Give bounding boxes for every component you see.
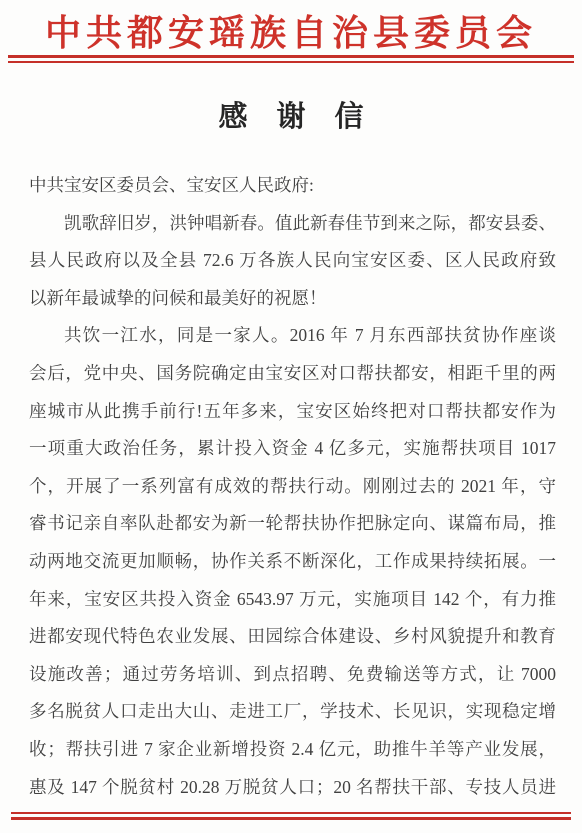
letter-line: 收；帮扶引进 7 家企业新增投资 2.4 亿元，助推牛羊等产业发展，	[29, 731, 556, 769]
footer-double-rule	[11, 812, 571, 820]
letter-line: 进都安现代特色农业发展、田园综合体建设、乡村风貌提升和教育	[29, 618, 556, 656]
letter-line: 动两地交流更加顺畅，协作关系不断深化，工作成果持续拓展。一	[29, 543, 556, 581]
letterhead-org-name: 中共都安瑶族自治县委员会	[0, 5, 582, 56]
letter-line: 中共宝安区委员会、宝安区人民政府:	[29, 167, 556, 205]
letter-line: 以新年最诚挚的问候和最美好的祝愿！	[29, 280, 556, 318]
letter-line: 设施改善；通过劳务培训、到点招聘、免费输送等方式，让 7000	[29, 656, 556, 694]
letter-line: 年来，宝安区共投入资金 6543.97 万元，实施项目 142 个，有力推	[29, 581, 556, 619]
letter-line: 多名脱贫人口走出大山、走进工厂，学技术、长见识，实现稳定增	[29, 693, 556, 731]
letter-line: 凯歌辞旧岁，洪钟唱新春。值此新春佳节到来之际，都安县委、	[29, 205, 556, 243]
letter-title: 感 谢 信	[0, 94, 582, 135]
letter-page: 中共都安瑶族自治县委员会 感 谢 信 中共宝安区委员会、宝安区人民政府:凯歌辞旧…	[0, 0, 582, 833]
letter-line: 会后，党中央、国务院确定由宝安区对口帮扶都安，相距千里的两	[29, 355, 556, 393]
letter-line: 县人民政府以及全县 72.6 万各族人民向宝安区委、区人民政府致	[29, 242, 556, 280]
letter-line: 惠及 147 个脱贫村 20.28 万脱贫人口；20 名帮扶干部、专技人员进	[29, 769, 556, 807]
letter-line: 共饮一江水，同是一家人。2016 年 7 月东西部扶贫协作座谈	[29, 317, 556, 355]
letter-line: 睿书记亲自率队赴都安为新一轮帮扶协作把脉定向、谋篇布局，推	[29, 505, 556, 543]
letter-line: 个，开展了一系列富有成效的帮扶行动。刚刚过去的 2021 年，守	[29, 468, 556, 506]
letter-line: 座城市从此携手前行!五年多来，宝安区始终把对口帮扶都安作为	[29, 393, 556, 431]
letterhead-double-rule	[8, 55, 574, 63]
letter-body: 中共宝安区委员会、宝安区人民政府:凯歌辞旧岁，洪钟唱新春。值此新春佳节到来之际，…	[29, 167, 556, 806]
letter-line: 一项重大政治任务，累计投入资金 4 亿多元，实施帮扶项目 1017	[29, 430, 556, 468]
